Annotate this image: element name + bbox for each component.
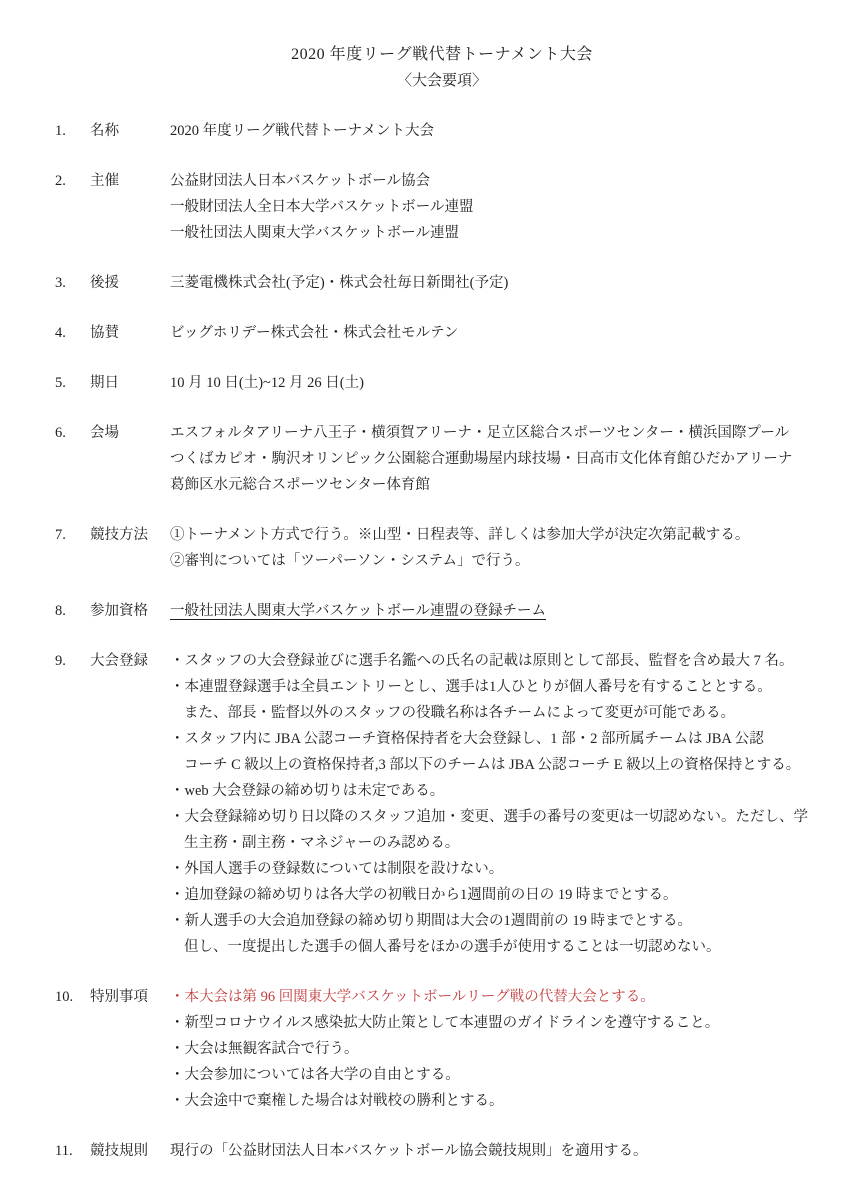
- text-line: ②審判については「ツーパーソン・システム」で行う。: [170, 548, 829, 574]
- section-label: 3.後援: [55, 270, 170, 296]
- document-subtitle: 〈大会要項〉: [55, 68, 829, 94]
- text-line: 但し、一度提出した選手の個人番号をほかの選手が使用することは一切認めない。: [170, 934, 829, 960]
- section-heading: 協賛: [90, 325, 119, 341]
- section-heading: 後援: [90, 275, 119, 291]
- section-name: 1.名称 2020 年度リーグ戦代替トーナメント大会: [55, 118, 829, 144]
- section-number: 3.: [55, 270, 90, 296]
- section-rules: 11.競技規則 現行の「公益財団法人日本バスケットボール協会競技規則」を適用する…: [55, 1138, 829, 1164]
- text-line: ・新型コロナウイルス感染拡大防止策として本連盟のガイドラインを遵守すること。: [170, 1010, 829, 1036]
- section-content: 10 月 10 日(土)~12 月 26 日(土): [170, 370, 829, 396]
- section-content: 現行の「公益財団法人日本バスケットボール協会競技規則」を適用する。: [170, 1138, 829, 1164]
- section-number: 6.: [55, 420, 90, 446]
- document-title: 2020 年度リーグ戦代替トーナメント大会: [55, 42, 829, 68]
- section-registration: 9.大会登録 ・スタッフの大会登録並びに選手名鑑への氏名の記載は原則として部長、…: [55, 648, 829, 960]
- section-content: 三菱電機株式会社(予定)・株式会社毎日新聞社(予定): [170, 270, 829, 296]
- section-organizer: 2.主催 公益財団法人日本バスケットボール協会一般財団法人全日本大学バスケットボ…: [55, 168, 829, 246]
- section-label: 11.競技規則: [55, 1138, 170, 1164]
- section-number: 11.: [55, 1138, 90, 1164]
- section-heading: 主催: [90, 173, 119, 189]
- section-number: 4.: [55, 320, 90, 346]
- section-label: 7.競技方法: [55, 522, 170, 548]
- section-eligibility: 8.参加資格 一般社団法人関東大学バスケットボール連盟の登録チーム: [55, 598, 829, 624]
- section-content: ・スタッフの大会登録並びに選手名鑑への氏名の記載は原則として部長、監督を含め最大…: [170, 648, 829, 960]
- section-support: 3.後援 三菱電機株式会社(予定)・株式会社毎日新聞社(予定): [55, 270, 829, 296]
- section-special-notes: 10.特別事項 ・本大会は第 96 回関東大学バスケットボールリーグ戦の代替大会…: [55, 984, 829, 1114]
- text-line: また、部長・監督以外のスタッフの役職名称は各チームによって変更が可能である。: [170, 700, 829, 726]
- text-line: ・本大会は第 96 回関東大学バスケットボールリーグ戦の代替大会とする。: [170, 984, 829, 1010]
- section-heading: 大会登録: [90, 653, 148, 669]
- section-number: 7.: [55, 522, 90, 548]
- text-line: 現行の「公益財団法人日本バスケットボール協会競技規則」を適用する。: [170, 1138, 829, 1164]
- text-line: ・本連盟登録選手は全員エントリーとし、選手は1人ひとりが個人番号を有することとす…: [170, 674, 829, 700]
- section-sponsor: 4.協賛 ビッグホリデー株式会社・株式会社モルテン: [55, 320, 829, 346]
- text-line: 生主務・副主務・マネジャーのみ認める。: [170, 830, 829, 856]
- section-content: 公益財団法人日本バスケットボール協会一般財団法人全日本大学バスケットボール連盟一…: [170, 168, 829, 246]
- section-content: ①トーナメント方式で行う。※山型・日程表等、詳しくは参加大学が決定次第記載する。…: [170, 522, 829, 574]
- document-page: 2020 年度リーグ戦代替トーナメント大会 〈大会要項〉 1.名称 2020 年…: [0, 0, 849, 1200]
- section-label: 8.参加資格: [55, 598, 170, 624]
- text-line: 三菱電機株式会社(予定)・株式会社毎日新聞社(予定): [170, 270, 829, 296]
- section-label: 6.会場: [55, 420, 170, 446]
- section-label: 9.大会登録: [55, 648, 170, 674]
- text-line: ①トーナメント方式で行う。※山型・日程表等、詳しくは参加大学が決定次第記載する。: [170, 522, 829, 548]
- section-label: 1.名称: [55, 118, 170, 144]
- section-number: 5.: [55, 370, 90, 396]
- section-heading: 名称: [90, 123, 119, 139]
- section-heading: 会場: [90, 425, 119, 441]
- section-number: 8.: [55, 598, 90, 624]
- text-line: ・web 大会登録の締め切りは未定である。: [170, 778, 829, 804]
- text-line: ・大会登録締め切り日以降のスタッフ追加・変更、選手の番号の変更は一切認めない。た…: [170, 804, 829, 830]
- text-line: つくばカピオ・駒沢オリンピック公園総合運動場屋内球技場・日高市文化体育館ひだかア…: [170, 446, 829, 472]
- section-content: ビッグホリデー株式会社・株式会社モルテン: [170, 320, 829, 346]
- text-line: 一般財団法人全日本大学バスケットボール連盟: [170, 194, 829, 220]
- section-content: 一般社団法人関東大学バスケットボール連盟の登録チーム: [170, 598, 829, 624]
- text-line: 葛飾区水元総合スポーツセンター体育館: [170, 472, 829, 498]
- text-line: ・新人選手の大会追加登録の締め切り期間は大会の1週間前の 19 時までとする。: [170, 908, 829, 934]
- section-number: 10.: [55, 984, 90, 1010]
- text-line: ビッグホリデー株式会社・株式会社モルテン: [170, 320, 829, 346]
- section-label: 2.主催: [55, 168, 170, 194]
- text-line: 2020 年度リーグ戦代替トーナメント大会: [170, 118, 829, 144]
- section-content: エスフォルタアリーナ八王子・横須賀アリーナ・足立区総合スポーツセンター・横浜国際…: [170, 420, 829, 498]
- text-line: 公益財団法人日本バスケットボール協会: [170, 168, 829, 194]
- section-content: ・本大会は第 96 回関東大学バスケットボールリーグ戦の代替大会とする。・新型コ…: [170, 984, 829, 1114]
- section-number: 1.: [55, 118, 90, 144]
- text-line: 一般社団法人関東大学バスケットボール連盟: [170, 220, 829, 246]
- text-line: 10 月 10 日(土)~12 月 26 日(土): [170, 370, 829, 396]
- section-label: 10.特別事項: [55, 984, 170, 1010]
- section-label: 5.期日: [55, 370, 170, 396]
- section-heading: 競技規則: [90, 1143, 148, 1159]
- text-line: ・スタッフ内に JBA 公認コーチ資格保持者を大会登録し、1 部・2 部所属チー…: [170, 726, 829, 752]
- section-venues: 6.会場 エスフォルタアリーナ八王子・横須賀アリーナ・足立区総合スポーツセンター…: [55, 420, 829, 498]
- section-number: 2.: [55, 168, 90, 194]
- text-line: エスフォルタアリーナ八王子・横須賀アリーナ・足立区総合スポーツセンター・横浜国際…: [170, 420, 829, 446]
- section-label: 4.協賛: [55, 320, 170, 346]
- section-dates: 5.期日 10 月 10 日(土)~12 月 26 日(土): [55, 370, 829, 396]
- section-format: 7.競技方法 ①トーナメント方式で行う。※山型・日程表等、詳しくは参加大学が決定…: [55, 522, 829, 574]
- section-content: 2020 年度リーグ戦代替トーナメント大会: [170, 118, 829, 144]
- text-line: ・大会は無観客試合で行う。: [170, 1036, 829, 1062]
- text-line: コーチ C 級以上の資格保持者,3 部以下のチームは JBA 公認コーチ E 級…: [170, 752, 829, 778]
- section-heading: 競技方法: [90, 527, 148, 543]
- text-line: ・スタッフの大会登録並びに選手名鑑への氏名の記載は原則として部長、監督を含め最大…: [170, 648, 829, 674]
- section-heading: 期日: [90, 375, 119, 391]
- text-line: 一般社団法人関東大学バスケットボール連盟の登録チーム: [170, 598, 829, 624]
- section-number: 9.: [55, 648, 90, 674]
- text-line: ・大会途中で棄権した場合は対戦校の勝利とする。: [170, 1088, 829, 1114]
- text-line: ・大会参加については各大学の自由とする。: [170, 1062, 829, 1088]
- text-line: ・外国人選手の登録数については制限を設けない。: [170, 856, 829, 882]
- section-heading: 参加資格: [90, 603, 148, 619]
- text-line: ・追加登録の締め切りは各大学の初戦日から1週間前の日の 19 時までとする。: [170, 882, 829, 908]
- section-heading: 特別事項: [90, 989, 148, 1005]
